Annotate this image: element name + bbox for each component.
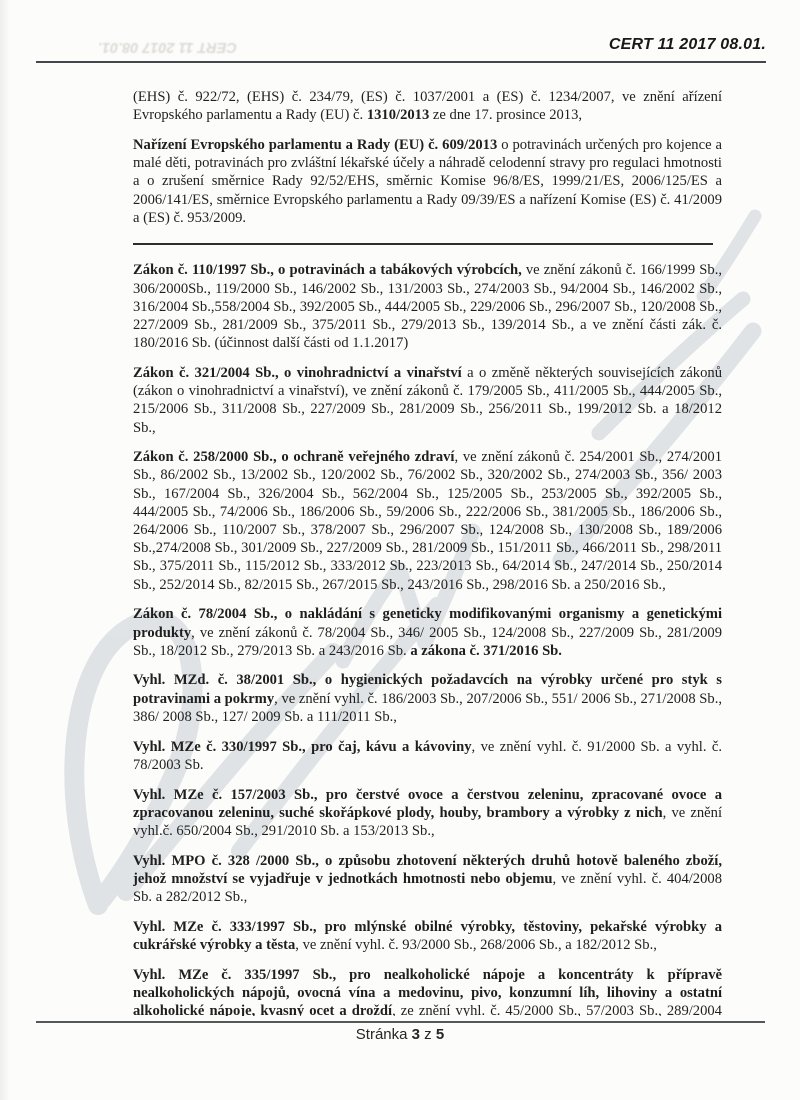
item-text: Zákon č. 78/2004 Sb., o nakládání s gene…	[133, 605, 722, 660]
list-item: ➢Vyhl. MPO č. 328 /2000 Sb., o způsobu z…	[133, 852, 722, 907]
footer-of-label: z	[420, 1026, 436, 1043]
list-item: ➢Vyhl. MZd. č. 38/2001 Sb., o hygienický…	[133, 671, 722, 726]
national-laws-list: ➢Zákon č. 110/1997 Sb., o potravinách a …	[133, 261, 722, 1016]
list-item: (EHS) č. 922/72, (EHS) č. 234/79, (ES) č…	[133, 88, 722, 124]
header-rule	[36, 61, 766, 63]
item-text-bold-segment: Nařízení Evropského parlamentu a Rady (E…	[133, 137, 497, 153]
page-footer: Stránka 3 z 5	[0, 1026, 800, 1043]
section-divider	[133, 243, 713, 246]
list-item: ➢Vyhl. MZe č. 333/1997 Sb., pro mlýnské …	[133, 918, 722, 954]
item-text-segment: ze dne 17. prosince 2013,	[429, 107, 582, 123]
item-text-bold-segment: 1310/2013	[367, 107, 429, 123]
item-text-bold-segment: Zákon č. 258/2000 Sb., o ochraně veřejné…	[133, 449, 454, 465]
scan-edge-shadow	[0, 0, 10, 1100]
item-text: Vyhl. MZe č. 157/2003 Sb., pro čerstvé o…	[133, 786, 722, 841]
item-text: Nařízení Evropského parlamentu a Rady (E…	[133, 136, 722, 227]
header-doc-code: CERT 11 2017 08.01.	[609, 36, 766, 54]
list-item: ➢Vyhl. MZe č. 335/1997 Sb., pro nealkoho…	[133, 966, 722, 1016]
item-text: Vyhl. MZe č. 335/1997 Sb., pro nealkohol…	[133, 966, 722, 1016]
item-text: Vyhl. MZe č. 333/1997 Sb., pro mlýnské o…	[133, 918, 722, 954]
list-item: ➢Zákon č. 321/2004 Sb., o vinohradnictví…	[133, 364, 722, 437]
content-body: (EHS) č. 922/72, (EHS) č. 234/79, (ES) č…	[133, 88, 722, 1016]
item-text: Zákon č. 258/2000 Sb., o ochraně veřejné…	[133, 448, 722, 594]
list-item: ➢Vyhl. MZe č. 330/1997 Sb., pro čaj, káv…	[133, 738, 722, 774]
list-item: ➢Vyhl. MZe č. 157/2003 Sb., pro čerstvé …	[133, 786, 722, 841]
item-text-bold-segment: Vyhl. MZe č. 157/2003 Sb., pro čerstvé o…	[133, 787, 722, 821]
item-text: Vyhl. MPO č. 328 /2000 Sb., o způsobu zh…	[133, 852, 722, 907]
list-item: ➢Nařízení Evropského parlamentu a Rady (…	[133, 136, 722, 227]
footer-label: Stránka	[356, 1026, 412, 1043]
footer-page-number: 3	[412, 1026, 420, 1043]
item-text-bold-segment: Zákon č. 110/1997 Sb., o potravinách a t…	[133, 262, 522, 278]
list-item: ➢Zákon č. 78/2004 Sb., o nakládání s gen…	[133, 605, 722, 660]
item-text: Zákon č. 321/2004 Sb., o vinohradnictví …	[133, 364, 722, 437]
item-text: Vyhl. MZe č. 330/1997 Sb., pro čaj, kávu…	[133, 738, 722, 774]
item-text-bold-segment: Zákon č. 321/2004 Sb., o vinohradnictví …	[133, 365, 462, 381]
scanned-document-page: CERT 11 2017 08.01. CERT 11 2017 08.01. …	[0, 0, 800, 1100]
item-text-segment: , ve znění zákonů č. 254/2001 Sb., 274/2…	[133, 449, 722, 592]
item-text: (EHS) č. 922/72, (EHS) č. 234/79, (ES) č…	[133, 88, 722, 124]
eu-regulations-list: (EHS) č. 922/72, (EHS) č. 234/79, (ES) č…	[133, 88, 722, 227]
list-item: ➢Zákon č. 110/1997 Sb., o potravinách a …	[133, 261, 722, 352]
list-item: ➢Zákon č. 258/2000 Sb., o ochraně veřejn…	[133, 448, 722, 594]
bleed-through-text: CERT 11 2017 08.01.	[98, 39, 237, 55]
footer-total-pages: 5	[436, 1026, 444, 1043]
item-text-bold-segment: a zákona č. 371/2016 Sb.	[407, 643, 562, 659]
item-text: Zákon č. 110/1997 Sb., o potravinách a t…	[133, 261, 722, 352]
item-text-bold-segment: Vyhl. MZe č. 330/1997 Sb., pro čaj, kávu…	[133, 739, 472, 755]
item-text: Vyhl. MZd. č. 38/2001 Sb., o hygienickýc…	[133, 671, 722, 726]
footer-rule	[36, 1021, 765, 1023]
item-text-segment: , ve znění vyhl. č. 93/2000 Sb., 268/200…	[295, 937, 657, 953]
